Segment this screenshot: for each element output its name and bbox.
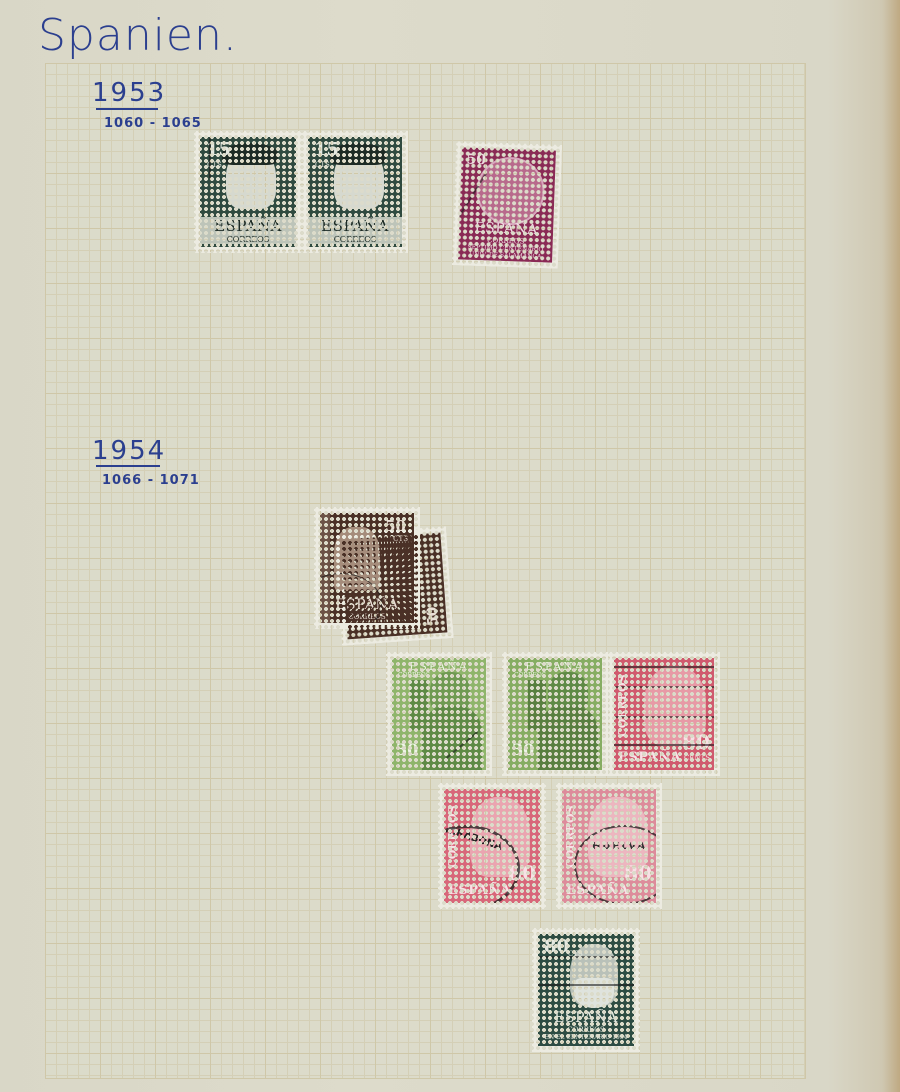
catalog-range-1954: 1066 - 1071 — [102, 473, 200, 488]
cancel-bar — [614, 744, 714, 746]
stamp-value: 30 — [396, 742, 418, 758]
year-heading-1954: 1954 — [92, 436, 166, 466]
stamp-value: 80 — [544, 938, 569, 956]
stamp-value: 50 — [385, 519, 406, 534]
stamp-label: CORREOS — [308, 235, 402, 244]
stamp-value: 30 — [512, 742, 534, 758]
stamp[interactable]: 50 CTS ESPAÑA CORREOS — [314, 507, 420, 629]
stamp-value: 50 — [425, 606, 440, 626]
catalog-range-1953: 1060 - 1065 — [104, 116, 202, 131]
stamp-country: ESPAÑA — [200, 217, 296, 235]
country-heading: Spanien. — [38, 10, 238, 61]
stamp-country: ESPAÑA — [308, 217, 402, 235]
stamp[interactable]: 15 CTS ESPAÑA CORREOS — [302, 131, 408, 253]
year-heading-1953: 1953 — [92, 78, 166, 108]
stamp-value: 50 — [466, 153, 486, 168]
stamp[interactable]: ESPAÑA CORREOS 30 — [502, 652, 608, 776]
stamp-unit: CENTS — [684, 754, 710, 762]
year-underline — [96, 108, 158, 110]
stamp[interactable]: CORREOS ESPAÑA 80 ...RABONA — [438, 783, 546, 909]
stamp[interactable]: 50 ESPAÑA CORREOS SEPTIMO CENTENARIO UNI… — [452, 141, 562, 269]
stamp-inscription: EN EL CENTENARIO 1954 — [538, 1034, 634, 1041]
postmark-text: HUELVA — [592, 841, 647, 852]
stamp-label: CORREOS — [200, 235, 296, 244]
stamp[interactable]: ESPAÑA CORREOS 30 — [386, 652, 492, 776]
cancel-bar — [614, 716, 714, 718]
stamp-label: CORREOS — [538, 1026, 634, 1034]
stamp-medallion — [475, 156, 545, 226]
stamp-value: 15 — [314, 141, 339, 159]
stamp-country: ESPAÑA — [538, 1010, 634, 1026]
cancel-bar — [538, 984, 634, 986]
postmark — [574, 825, 656, 903]
stamp-label: CORREOS — [392, 672, 486, 679]
stamp-value: 80 — [682, 732, 710, 752]
stamp-label: CORREOS — [616, 664, 634, 748]
stamp[interactable]: CORREOS ESPAÑA 80 CENTS — [608, 652, 720, 776]
stamp[interactable]: 15 CTS ESPAÑA CORREOS — [194, 131, 302, 253]
cancel-bar — [538, 956, 634, 958]
stamp-cape — [422, 706, 482, 770]
year-underline — [96, 465, 160, 467]
stamp-beard — [574, 978, 614, 1008]
stamp-label: CORREOS — [508, 672, 602, 679]
stamp-cape — [538, 706, 598, 770]
stamp[interactable]: 80 CTS ESPAÑA CORREOS EN EL CENTENARIO 1… — [532, 928, 640, 1052]
cancel-mark — [209, 138, 211, 178]
cancel-bar — [614, 686, 714, 688]
stamp[interactable]: CORREOS ESPAÑA 80 HUELVA — [556, 783, 662, 909]
cancel-bar — [614, 666, 714, 668]
stamp-unit: CTS — [393, 535, 408, 543]
album-page: Spanien. 1953 1060 - 1065 1954 1066 - 10… — [0, 0, 900, 1092]
stamp-unit: CTS — [315, 161, 330, 169]
